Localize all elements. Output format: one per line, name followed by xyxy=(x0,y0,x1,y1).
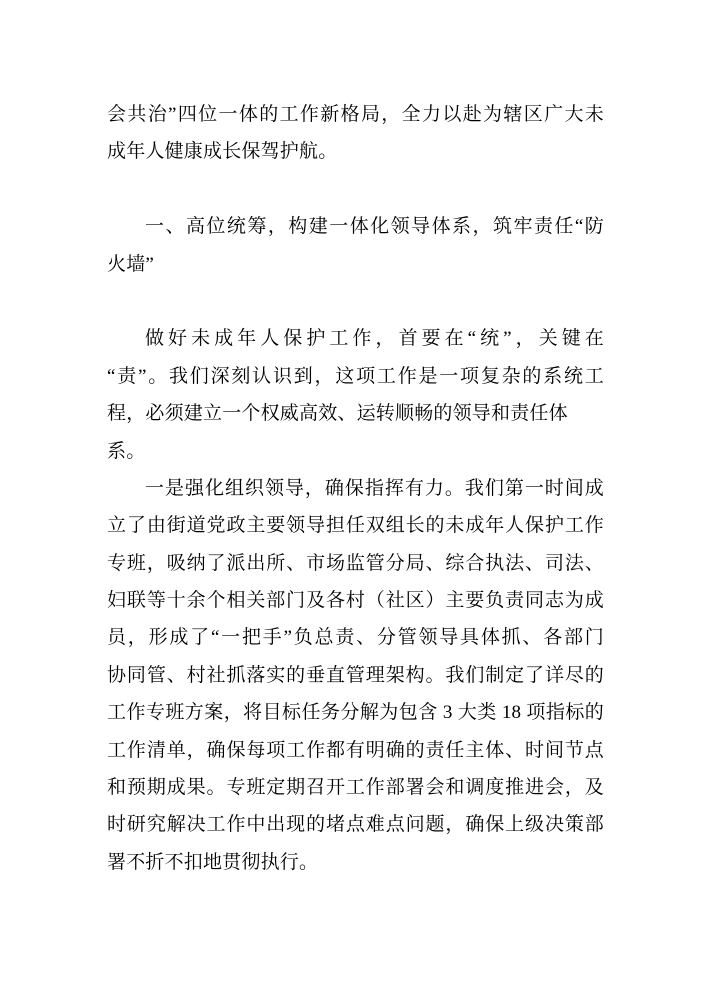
paragraph-point-one: 一是强化组织领导，确保指挥有力。我们第一时间成立了由街道党政主要领导担任双组长的… xyxy=(107,470,604,881)
text-line: 做好未成年人保护工作，首要在“统”，关键在 xyxy=(107,320,604,357)
text-line: 员，形成了“一把手”负总责、分管领导具体抓、各部门 xyxy=(107,619,604,656)
text-line: 妇联等十余个相关部门及各村（社区）主要负责同志为成 xyxy=(107,582,604,619)
document-page: 会共治”四位一体的工作新格局，全力以赴为辖区广大未成年人健康成长保驾护航。一、高… xyxy=(0,0,711,1006)
text-line: 专班，吸纳了派出所、市场监管分局、综合执法、司法、 xyxy=(107,545,604,582)
document-content: 会共治”四位一体的工作新格局，全力以赴为辖区广大未成年人健康成长保驾护航。一、高… xyxy=(107,96,604,881)
text-line: 协同管、村社抓落实的垂直管理架构。我们制定了详尽的 xyxy=(107,657,604,694)
heading-section-one: 一、高位统筹，构建一体化领导体系，筑牢责任“防火墙” xyxy=(107,208,604,283)
text-line: 立了由街道党政主要领导担任双组长的未成年人保护工作 xyxy=(107,507,604,544)
text-line: 成年人健康成长保驾护航。 xyxy=(107,133,604,170)
text-line: 会共治”四位一体的工作新格局，全力以赴为辖区广大未 xyxy=(107,96,604,133)
text-line: 和预期成果。专班定期召开工作部署会和调度推进会，及 xyxy=(107,769,604,806)
text-line: 一、高位统筹，构建一体化领导体系，筑牢责任“防 xyxy=(107,208,604,245)
text-line: 一是强化组织领导，确保指挥有力。我们第一时间成 xyxy=(107,470,604,507)
text-line: 工作清单，确保每项工作都有明确的责任主体、时间节点 xyxy=(107,732,604,769)
text-line: “责”。我们深刻认识到，这项工作是一项复杂的系统工 xyxy=(107,358,604,395)
paragraph-continuation: 会共治”四位一体的工作新格局，全力以赴为辖区广大未成年人健康成长保驾护航。 xyxy=(107,96,604,171)
text-line: 程，必须建立一个权威高效、运转顺畅的领导和责任体系。 xyxy=(107,395,604,432)
text-line: 火墙” xyxy=(107,246,604,283)
text-line: 署不折不扣地贯彻执行。 xyxy=(107,844,604,881)
paragraph-section-overview: 做好未成年人保护工作，首要在“统”，关键在“责”。我们深刻认识到，这项工作是一项… xyxy=(107,320,604,432)
text-line: 工作专班方案，将目标任务分解为包含 3 大类 18 项指标的 xyxy=(107,694,604,731)
text-line: 时研究解决工作中出现的堵点难点问题，确保上级决策部 xyxy=(107,806,604,843)
